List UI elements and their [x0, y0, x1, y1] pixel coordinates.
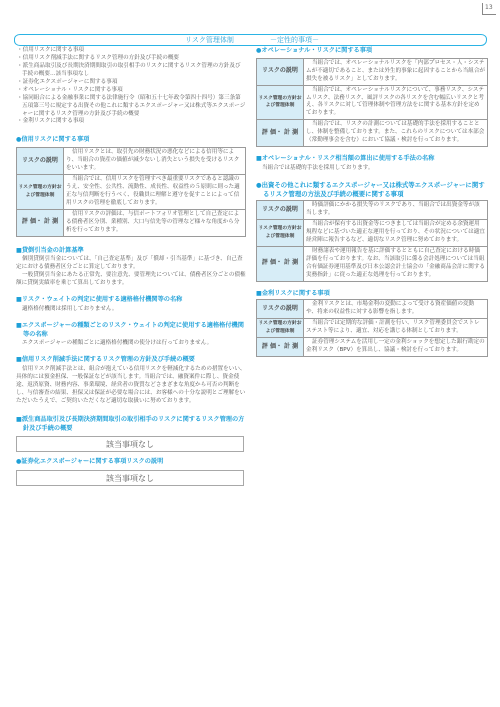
credit-mitigation-text: 信用リスク削減手法とは、組合が抱えている信用リスクを軽減化するための措置をいい、… [16, 366, 246, 406]
banner-title: リスク管理体制 [185, 35, 234, 46]
row-text: 信用リスクの評価は、与信ポートフォリオ管理として自己査定による債務者区分別、業種… [64, 209, 246, 236]
table-row: リスク管理の方針および管理体制 当組合が保有する出資金等につきましては当組合が定… [257, 219, 488, 246]
row-text: 当組合では、信用リスクを管理すべき最重要リスクであると認識のうえ、安全性、公共性… [64, 174, 246, 209]
row-text: 当組合では定期的な評価・計測を行い、リスク管理委員会でストレステスト等により、適… [304, 319, 488, 338]
table-row: リスク管理の方針および管理体制 当組合では、信用リスクを管理すべき最重要リスクで… [17, 174, 246, 209]
row-label: 評 価・ 計 測 [257, 246, 304, 281]
toc-item: 派生商品取引及び長期決済期間取引の取引相手のリスクに関するリスク管理の方針及び手… [16, 63, 246, 79]
credit-risk-heading: ●信用リスクに関する事項 [16, 136, 246, 145]
toc-item: 金利リスクに関する事項 [16, 118, 246, 126]
operational-risk-heading: ●オペレーショナル・リスクに関する事項 [256, 47, 488, 56]
row-label: リスクの説明 [257, 201, 304, 220]
row-label: リスクの説明 [17, 148, 64, 175]
row-label: リスクの説明 [257, 58, 304, 85]
equity-heading: ●出資その他これに類するエクスポージャー又は株式等エクスポージャーに関するリスク… [256, 181, 488, 199]
toc-item: 協同組合による金融事業に関する法律施行令（昭和五十七年政令第四十四号）第三条第五… [16, 95, 246, 119]
row-text: 当組合では、オペレーショナルリスクについて、事務リスク、システムリスク、法務リス… [304, 85, 488, 120]
row-label: 評 価・ 計 測 [257, 338, 304, 357]
credit-risk-table: リスクの説明 信用リスクとは、取引先の財務状況の悪化などによる信用等により、当組… [16, 147, 246, 236]
section-banner: リスク管理体制 －定性的事項－ [14, 34, 487, 46]
row-text: 当組合では、オペレーショナルリスクを「内部プロセス・人・システムが不適切であるこ… [304, 58, 488, 85]
row-label: 評 価・ 計 測 [257, 120, 304, 147]
op-method-heading: ■オペレーショナル・リスク相当額の算出に使用する手法の名称 [256, 155, 488, 164]
credit-mitigation-heading: ■信用リスク削減手法に関するリスク管理の方針及び手続の概要 [16, 356, 246, 365]
securitization-na-box: 該当事項なし [16, 470, 244, 486]
row-label: リスク管理の方針および管理体制 [257, 219, 304, 246]
op-method-text: 当組合では基礎的手法を採用しております。 [256, 165, 488, 173]
page-number: 13 [482, 3, 496, 15]
table-row: リスクの説明 当組合では、オペレーショナルリスクを「内部プロセス・人・システムが… [257, 58, 488, 85]
allowance-paragraph: 個別貸倒引当金については、「自己査定基準」及び「償却・引当基準」に基づき、自己査… [16, 256, 246, 272]
row-label: リスク管理の方針および管理体制 [257, 85, 304, 120]
toc-item: 信用リスクに関する事項 [16, 47, 246, 55]
row-text: 当組合では、リスクの計測については基礎的手法を採用することとし、体制を整備してお… [304, 120, 488, 147]
right-column: ●オペレーショナル・リスクに関する事項 リスクの説明 当組合では、オペレーショナ… [256, 47, 488, 357]
row-label: リスクの説明 [257, 300, 304, 319]
allowance-heading: ■貸倒引当金の計算基準 [16, 247, 246, 256]
equity-table: リスクの説明 時価評価にかかる損失等のリスクであり、当組合では出資金等が該当しま… [256, 200, 488, 281]
table-row: 評 価・ 計 測 財務諸表や運用報告を基に評価するとともに自己査定における時価評… [257, 246, 488, 281]
table-of-contents: 信用リスクに関する事項 信用リスク削減手法に関するリスク管理の方針及び手続の概要… [16, 47, 246, 126]
table-row: 評 価・ 計 測 当組合では、リスクの計測については基礎的手法を採用することとし… [257, 120, 488, 147]
interest-rate-table: リスクの説明 金利リスクとは、市場金利の変動によって受ける資産価値の変動や、将来… [256, 299, 488, 357]
interest-rate-heading: ■金利リスクに関する事項 [256, 290, 488, 299]
banner-subtitle: －定性的事項－ [270, 35, 319, 46]
rating-agency-by-type-text: エクスポージャーの種類ごとに適格格付機関の使分けは行っておりません。 [16, 340, 246, 348]
derivatives-na-box: 該当事項なし [16, 436, 244, 452]
table-row: リスクの説明 金利リスクとは、市場金利の変動によって受ける資産価値の変動や、将来… [257, 300, 488, 319]
toc-item: 証券化エクスポージャーに関する事項 [16, 79, 246, 87]
row-text: 金利リスクとは、市場金利の変動によって受ける資産価値の変動や、将来の収益性に対す… [304, 300, 488, 319]
table-row: リスクの説明 時価評価にかかる損失等のリスクであり、当組合では出資金等が該当しま… [257, 201, 488, 220]
row-text: 時価評価にかかる損失等のリスクであり、当組合では出資金等が該当します。 [304, 201, 488, 220]
table-row: リスク管理の方針および管理体制 当組合では定期的な評価・計測を行い、リスク管理委… [257, 319, 488, 338]
table-row: 評 価・ 計 測 信用リスクの評価は、与信ポートフォリオ管理として自己査定による… [17, 209, 246, 236]
securitization-heading: ●証券化エクスポージャーに関する事項リスクの説明 [16, 458, 246, 467]
row-text: 証券管理システムを活用し一定の金利ショックを想定した銀行勘定の金利リスク（BPV… [304, 338, 488, 357]
row-text: 財務諸表や運用報告を基に評価するとともに自己査定における時価評価を行っております… [304, 246, 488, 281]
toc-item: 信用リスク削減手法に関するリスク管理の方針及び手続の概要 [16, 55, 246, 63]
row-label: リスク管理の方針および管理体制 [17, 174, 64, 209]
row-text: 当組合が保有する出資金等につきましては当組合が定める余資運用規程などに基づいた適… [304, 219, 488, 246]
rating-agency-heading: ■リスク・ウェイトの判定に使用する適格格付機関等の名称 [16, 296, 246, 305]
table-row: 評 価・ 計 測 証券管理システムを活用し一定の金利ショックを想定した銀行勘定の… [257, 338, 488, 357]
row-label: リスク管理の方針および管理体制 [257, 319, 304, 338]
row-text: 信用リスクとは、取引先の財務状況の悪化などによる信用等により、当組合の資産の価値… [64, 148, 246, 175]
table-row: リスク管理の方針および管理体制 当組合では、オペレーショナルリスクについて、事務… [257, 85, 488, 120]
derivatives-heading: ■派生商品取引及び長期決済期間取引の取引相手のリスクに関するリスク管理の方針及び… [16, 416, 246, 434]
left-column: 信用リスクに関する事項 信用リスク削減手法に関するリスク管理の方針及び手続の概要… [16, 47, 246, 486]
toc-item: オペレーショナル・リスクに関する事項 [16, 87, 246, 95]
operational-risk-table: リスクの説明 当組合では、オペレーショナルリスクを「内部プロセス・人・システムが… [256, 58, 488, 147]
table-row: リスクの説明 信用リスクとは、取引先の財務状況の悪化などによる信用等により、当組… [17, 148, 246, 175]
rating-agency-by-type-heading: ■エクスポージャーの種類ごとのリスク・ウェイトの判定に使用する適格格付機関等の名… [16, 322, 246, 340]
allowance-paragraph: 一般貸倒引当金にあたる正常先、要注意先、要管理先については、債務者区分ごとの債権… [16, 272, 246, 288]
row-label: 評 価・ 計 測 [17, 209, 64, 236]
rating-agency-text: 適格格付機関は採用しておりません。 [16, 306, 246, 314]
